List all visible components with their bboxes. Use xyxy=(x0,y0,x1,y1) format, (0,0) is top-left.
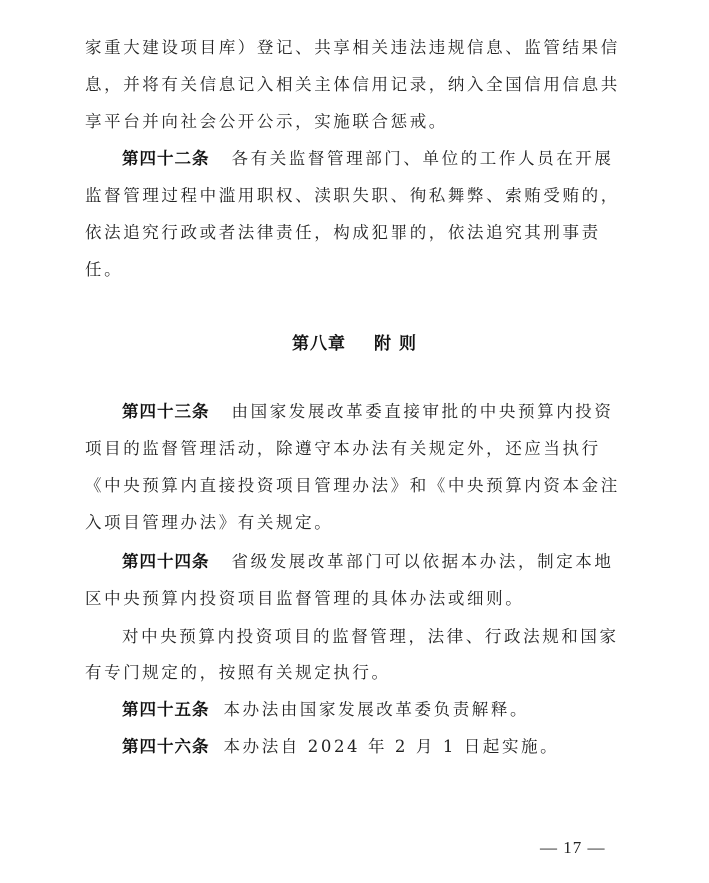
article-label: 第四十五条 xyxy=(122,700,210,719)
body-line: 入项目管理办法》有关规定。 xyxy=(85,511,625,535)
article-43-first-line: 第四十三条由国家发展改革委直接审批的中央预算内投资 xyxy=(122,400,662,424)
article-label: 第四十三条 xyxy=(122,402,210,421)
body-line: 对中央预算内投资项目的监督管理，法律、行政法规和国家 xyxy=(122,625,662,649)
body-line: 享平台并向社会公开公示，实施联合惩戒。 xyxy=(85,110,625,134)
article-label: 第四十六条 xyxy=(122,737,210,756)
article-text: 本办法由国家发展改革委负责解释。 xyxy=(224,700,530,719)
body-line: 区中央预算内投资项目监督管理的具体办法或细则。 xyxy=(85,587,625,611)
body-line: 依法追究行政或者法律责任，构成犯罪的，依法追究其刑事责 xyxy=(85,221,625,245)
article-44-first-line: 第四十四条省级发展改革部门可以依据本办法，制定本地 xyxy=(122,550,662,574)
article-text: 省级发展改革部门可以依据本办法，制定本地 xyxy=(232,552,614,571)
body-line: 家重大建设项目库）登记、共享相关违法违规信息、监管结果信 xyxy=(85,36,625,60)
body-line: 《中央预算内直接投资项目管理办法》和《中央预算内资本金注 xyxy=(85,474,625,498)
body-line: 任。 xyxy=(85,258,625,282)
body-line: 有专门规定的，按照有关规定执行。 xyxy=(85,661,625,685)
chapter-heading: 第八章附 则 xyxy=(0,329,709,354)
article-46-line: 第四十六条本办法自 2024 年 2 月 1 日起实施。 xyxy=(122,735,662,759)
article-label: 第四十二条 xyxy=(122,149,210,168)
chapter-title: 附 则 xyxy=(374,334,417,354)
page-number: — 17 — xyxy=(540,838,606,858)
article-45-line: 第四十五条本办法由国家发展改革委负责解释。 xyxy=(122,698,662,722)
chapter-number: 第八章 xyxy=(292,334,346,354)
article-text: 由国家发展改革委直接审批的中央预算内投资 xyxy=(232,402,614,421)
article-text: 各有关监督管理部门、单位的工作人员在开展 xyxy=(232,149,614,168)
body-line: 监督管理过程中滥用职权、渎职失职、徇私舞弊、索贿受贿的， xyxy=(85,184,625,208)
article-label: 第四十四条 xyxy=(122,552,210,571)
article-42-first-line: 第四十二条各有关监督管理部门、单位的工作人员在开展 xyxy=(122,147,662,171)
article-text: 本办法自 2024 年 2 月 1 日起实施。 xyxy=(224,737,560,756)
body-line: 息，并将有关信息记入相关主体信用记录，纳入全国信用信息共 xyxy=(85,73,625,97)
body-line: 项目的监督管理活动，除遵守本办法有关规定外，还应当执行 xyxy=(85,437,625,461)
